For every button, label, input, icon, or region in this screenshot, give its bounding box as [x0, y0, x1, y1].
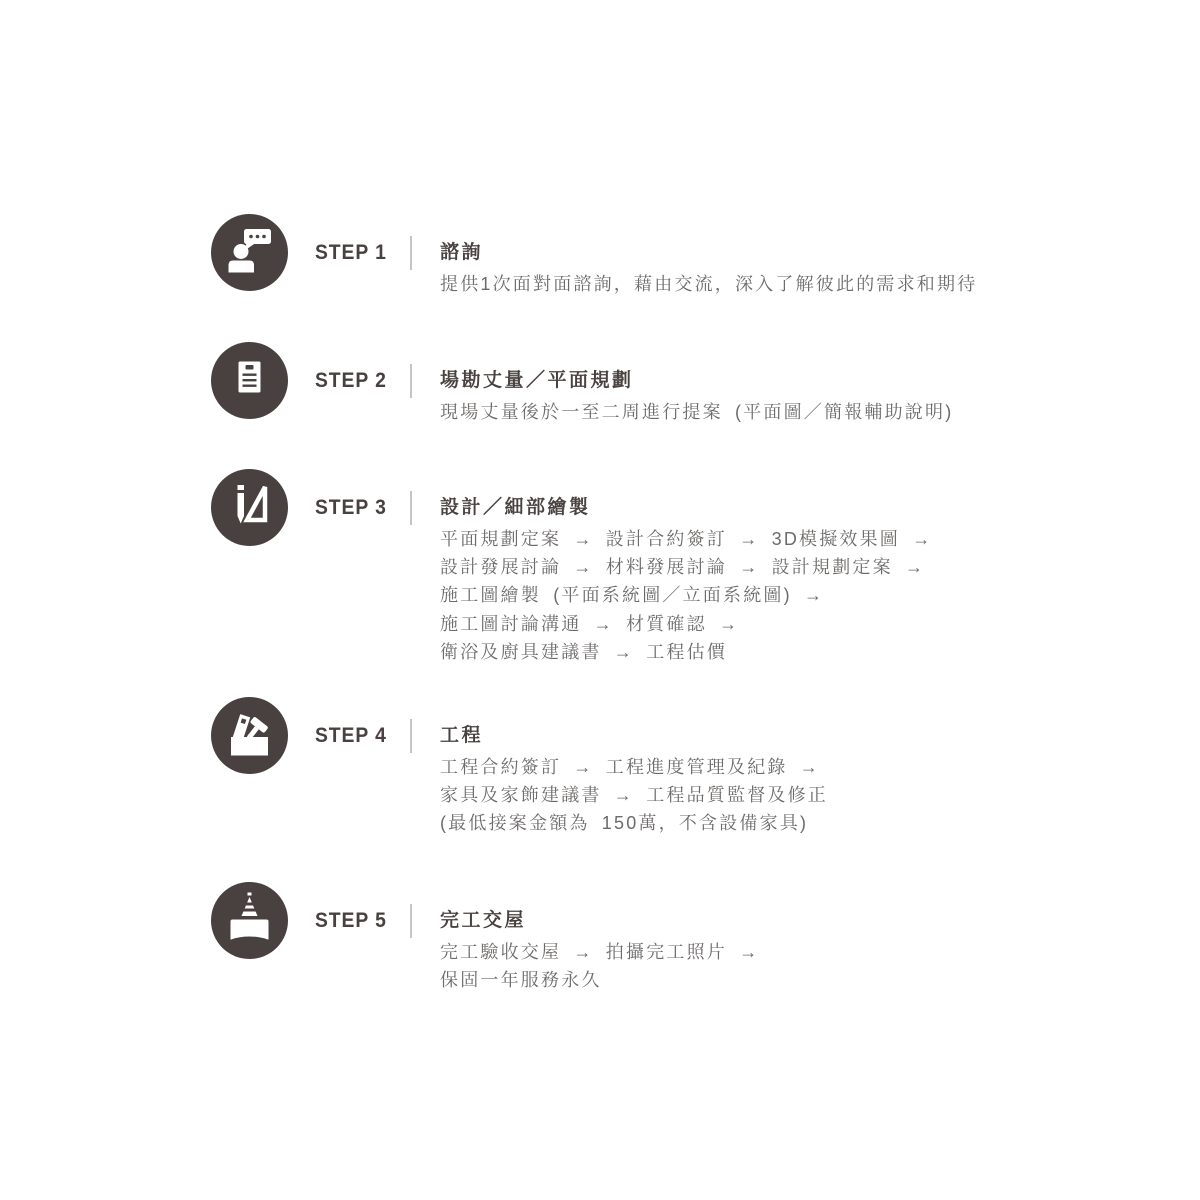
divider-line	[410, 364, 412, 398]
divider-line	[410, 491, 412, 525]
step-content: 諮詢 提供1次面對面諮詢，藉由交流，深入了解彼此的需求和期待	[440, 214, 977, 298]
step-label: STEP 5	[315, 882, 402, 959]
description-line: 保固一年服務永久	[440, 966, 759, 994]
divider-line	[410, 236, 412, 270]
divider-line	[410, 904, 412, 938]
step-label: STEP 1	[315, 214, 402, 291]
description-line: 家具及家飾建議書 → 工程品質監督及修正	[440, 781, 828, 809]
process-steps-page: STEP 1 諮詢 提供1次面對面諮詢，藉由交流，深入了解彼此的需求和期待 ST…	[0, 0, 1200, 1200]
consultation-speech-bubble-person-icon	[211, 214, 288, 291]
step-content: 工程 工程合約簽訂 → 工程進度管理及紀錄 → 家具及家飾建議書 → 工程品質監…	[440, 697, 828, 838]
step-label: STEP 2	[315, 342, 402, 419]
description-line: 完工驗收交屋 → 拍攝完工照片 →	[440, 938, 759, 966]
step-content: 場勘丈量／平面規劃 現場丈量後於一至二周進行提案 (平面圖／簡報輔助說明)	[440, 342, 953, 426]
description-line: 工程合約簽訂 → 工程進度管理及紀錄 →	[440, 753, 828, 781]
description-line: 施工圖討論溝通 → 材質確認 →	[440, 610, 932, 638]
description-line: 衛浴及廚具建議書 → 工程估價	[440, 638, 932, 666]
step-label: STEP 3	[315, 469, 402, 546]
step-description: 現場丈量後於一至二周進行提案 (平面圖／簡報輔助說明)	[440, 398, 953, 426]
step-content: 完工交屋 完工驗收交屋 → 拍攝完工照片 → 保固一年服務永久	[440, 882, 759, 994]
step-description: 工程合約簽訂 → 工程進度管理及紀錄 → 家具及家飾建議書 → 工程品質監督及修…	[440, 753, 828, 838]
step-row-2: STEP 2 場勘丈量／平面規劃 現場丈量後於一至二周進行提案 (平面圖／簡報輔…	[211, 342, 953, 426]
description-line: 施工圖繪製 (平面系統圖／立面系統圖) →	[440, 581, 932, 609]
handover-cone-house-icon	[211, 882, 288, 959]
description-line: 提供1次面對面諮詢，藉由交流，深入了解彼此的需求和期待	[440, 270, 977, 298]
step-label: STEP 4	[315, 697, 402, 774]
step-title: 諮詢	[440, 238, 977, 268]
step-description: 完工驗收交屋 → 拍攝完工照片 → 保固一年服務永久	[440, 938, 759, 994]
description-line: 現場丈量後於一至二周進行提案 (平面圖／簡報輔助說明)	[440, 398, 953, 426]
step-content: 設計／細部繪製 平面規劃定案 → 設計合約簽訂 → 3D模擬效果圖 → 設計發展…	[440, 469, 932, 666]
description-line: 設計發展討論 → 材料發展討論 → 設計規劃定案 →	[440, 553, 932, 581]
step-title: 設計／細部繪製	[440, 493, 932, 523]
step-row-1: STEP 1 諮詢 提供1次面對面諮詢，藉由交流，深入了解彼此的需求和期待	[211, 214, 977, 298]
design-pencil-triangle-ruler-icon	[211, 469, 288, 546]
step-row-5: STEP 5 完工交屋 完工驗收交屋 → 拍攝完工照片 → 保固一年服務永久	[211, 882, 759, 994]
divider-line	[410, 719, 412, 753]
step-description: 提供1次面對面諮詢，藉由交流，深入了解彼此的需求和期待	[440, 270, 977, 298]
step-title: 完工交屋	[440, 906, 759, 936]
step-description: 平面規劃定案 → 設計合約簽訂 → 3D模擬效果圖 → 設計發展討論 → 材料發…	[440, 525, 932, 666]
description-line: 平面規劃定案 → 設計合約簽訂 → 3D模擬效果圖 →	[440, 525, 932, 553]
step-row-4: STEP 4 工程 工程合約簽訂 → 工程進度管理及紀錄 → 家具及家飾建議書 …	[211, 697, 828, 838]
step-title: 場勘丈量／平面規劃	[440, 366, 953, 396]
step-title: 工程	[440, 721, 828, 751]
description-line: (最低接案金額為 150萬，不含設備家具)	[440, 809, 828, 837]
step-row-3: STEP 3 設計／細部繪製 平面規劃定案 → 設計合約簽訂 → 3D模擬效果圖…	[211, 469, 932, 666]
construction-toolbox-icon	[211, 697, 288, 774]
site-survey-clipboard-icon	[211, 342, 288, 419]
